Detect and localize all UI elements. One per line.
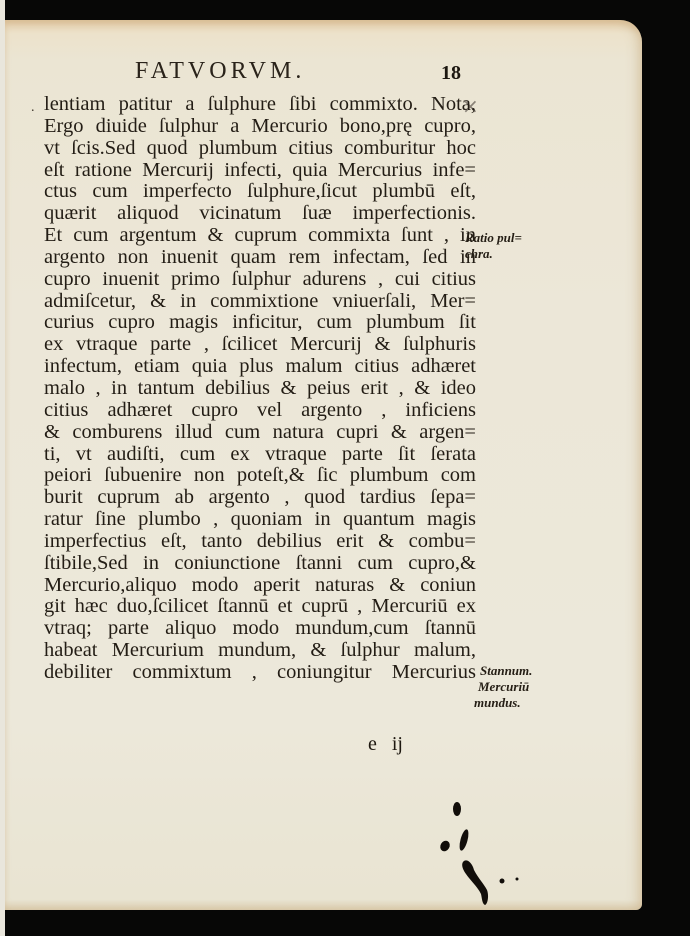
text-line: ctus cum imperfecto ſulphure,ſicut plumb… [44, 181, 476, 203]
text-line: ratur ſine plumbo , quoniam in quantum m… [44, 509, 476, 531]
text-line: argento non inuenit quam rem infectam, ſ… [44, 247, 476, 269]
text-line: Ergo diuide ſulphur a Mercurio bono,prę … [44, 116, 476, 138]
text-line: imperfectius eſt, tanto debilius erit & … [44, 531, 476, 553]
marginal-note-line: Mercuriū [478, 679, 532, 695]
text-line: eſt ratione Mercurij infecti, quia Mercu… [44, 160, 476, 182]
text-line: infectum, etiam quia plus malum citius a… [44, 356, 476, 378]
text-line: ex vtraque parte , ſcilicet Mercurij & ſ… [44, 334, 476, 356]
text-line: lentiam patitur a ſulphure ſibi commixto… [44, 94, 476, 116]
marginal-note-stannum: Stannum. Mercuriū mundus. [480, 663, 532, 711]
text-line: citius adhæret cupro vel argento , infic… [44, 400, 476, 422]
text-line: ſtibile,Sed in coniunctione ſtanni cum c… [44, 553, 476, 575]
signature-mark: e ij [368, 733, 403, 756]
marginal-note-ratio: Ratio pul= chra. [465, 230, 522, 262]
text-line: curius cupro magis inficitur, cum plumbu… [44, 312, 476, 334]
stray-mark: . [31, 100, 35, 116]
running-head: FATVORVM. [135, 58, 305, 85]
text-line: malo , in tantum debilius & peius erit ,… [44, 378, 476, 400]
text-line: vt ſcis.Sed quod plumbum citius comburit… [44, 138, 476, 160]
marginal-note-line: Stannum. [480, 663, 532, 678]
ink-blot-icon [430, 800, 530, 910]
text-line: admiſcetur, & in commixtione vniuerſali,… [44, 291, 476, 313]
body-text: lentiam patitur a ſulphure ſibi commixto… [44, 94, 476, 684]
text-line: Et cum argentum & cuprum commixta ſunt ,… [44, 225, 476, 247]
text-line: git hæc duo,ſcilicet ſtannū et cuprū , M… [44, 596, 476, 618]
marginal-note-line: chra. [465, 246, 522, 262]
marginal-note-line: mundus. [474, 695, 532, 711]
text-line: & comburens illud cum natura cupri & arg… [44, 422, 476, 444]
text-line: peiori ſubuenire non poteſt,& ſic plumbu… [44, 465, 476, 487]
text-line: debiliter commixtum , coniungitur Mercur… [44, 662, 476, 684]
marginal-note-line: Ratio pul= [465, 230, 522, 245]
text-line: habeat Mercurium mundum, & ſulphur malum… [44, 640, 476, 662]
text-line: quærit aliquod vicinatum ſuæ imperfectio… [44, 203, 476, 225]
page-number: 18 [441, 62, 461, 85]
text-line: ti, vt audiſti, cum ex vtraque parte ſit… [44, 444, 476, 466]
text-line: Mercurio,aliquo modo aperit naturas & co… [44, 575, 476, 597]
text-line: burit cuprum ab argento , quod tardius ſ… [44, 487, 476, 509]
text-line: cupro inuenit primo ſulphur adurens , cu… [44, 269, 476, 291]
text-line: vtraq; parte aliquo modo mundum,cum ſtan… [44, 618, 476, 640]
